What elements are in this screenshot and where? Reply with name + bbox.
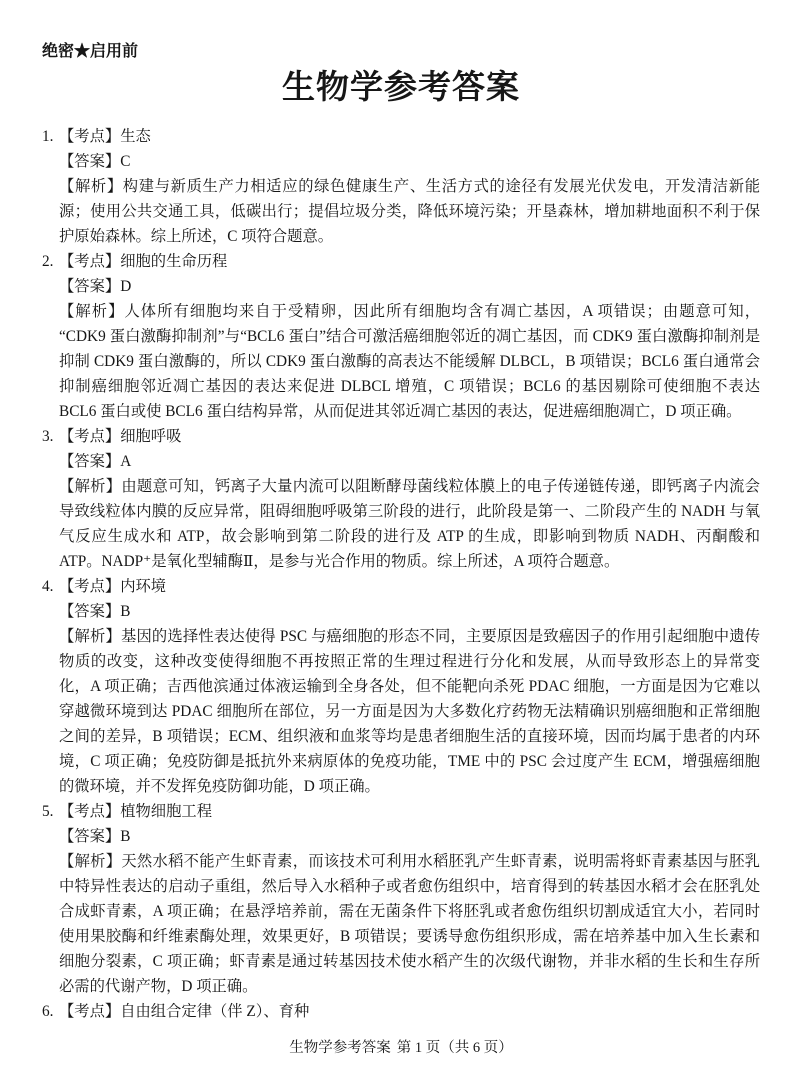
topic-text: 植物细胞工程 [120,803,212,820]
analysis-paragraph: 【解析】由题意可知，钙离子大量内流可以阻断酵母菌线粒体膜上的电子传递链传递，即钙… [59,474,760,574]
analysis-text: 人体所有细胞均来自于受精卵，因此所有细胞均含有凋亡基因，A 项错误；由题意可知，… [59,303,760,420]
topic-label: 【考点】 [59,128,120,145]
topic-label: 【考点】 [59,578,120,595]
item-number: 6. [42,999,59,1024]
answer-text: B [120,828,130,845]
classification-banner: 绝密★启用前 [42,42,760,62]
topic-line: 【考点】自由组合定律（伴 Z）、育种 [59,999,760,1024]
answer-label: 【答案】 [59,153,120,170]
answer-line: 【答案】B [59,824,760,849]
item-body: 【考点】生态 【答案】C 【解析】构建与新质生产力相适应的绿色健康生产、生活方式… [59,124,760,249]
analysis-label: 【解析】 [59,853,121,870]
analysis-paragraph: 【解析】天然水稻不能产生虾青素，而该技术可利用水稻胚乳产生虾青素，说明需将虾青素… [59,849,760,999]
answer-label: 【答案】 [59,603,120,620]
answer-text: B [120,603,130,620]
analysis-paragraph: 【解析】构建与新质生产力相适应的绿色健康生产、生活方式的途径有发展光伏发电，开发… [59,174,760,249]
analysis-paragraph: 【解析】人体所有细胞均来自于受精卵，因此所有细胞均含有凋亡基因，A 项错误；由题… [59,299,760,424]
analysis-label: 【解析】 [59,303,124,320]
answer-text: A [120,453,131,470]
answer-item-3: 3. 【考点】细胞呼吸 【答案】A 【解析】由题意可知，钙离子大量内流可以阻断酵… [42,424,760,574]
topic-line: 【考点】内环境 [59,574,760,599]
document-page: 绝密★启用前 生物学参考答案 1. 【考点】生态 【答案】C 【解析】构建与新质… [0,0,800,1067]
analysis-text: 天然水稻不能产生虾青素，而该技术可利用水稻胚乳产生虾青素，说明需将虾青素基因与胚… [59,853,760,995]
answer-label: 【答案】 [59,453,120,470]
item-number: 3. [42,424,59,449]
topic-label: 【考点】 [59,253,120,270]
topic-line: 【考点】细胞呼吸 [59,424,760,449]
answer-line: 【答案】D [59,274,760,299]
analysis-text: 基因的选择性表达使得 PSC 与癌细胞的形态不同，主要原因是致癌因子的作用引起细… [59,628,760,795]
answer-item-2: 2. 【考点】细胞的生命历程 【答案】D 【解析】人体所有细胞均来自于受精卵，因… [42,249,760,424]
topic-text: 细胞的生命历程 [120,253,227,270]
page-title: 生物学参考答案 [42,68,760,108]
item-number: 1. [42,124,59,149]
answers-list: 1. 【考点】生态 【答案】C 【解析】构建与新质生产力相适应的绿色健康生产、生… [42,124,760,1024]
analysis-label: 【解析】 [59,628,121,645]
analysis-text: 构建与新质生产力相适应的绿色健康生产、生活方式的途径有发展光伏发电，开发清洁新能… [59,178,760,245]
analysis-label: 【解析】 [59,178,123,195]
answer-line: 【答案】A [59,449,760,474]
topic-line: 【考点】植物细胞工程 [59,799,760,824]
answer-item-4: 4. 【考点】内环境 【答案】B 【解析】基因的选择性表达使得 PSC 与癌细胞… [42,574,760,799]
answer-text: D [120,278,131,295]
topic-text: 生态 [120,128,151,145]
item-body: 【考点】植物细胞工程 【答案】B 【解析】天然水稻不能产生虾青素，而该技术可利用… [59,799,760,999]
topic-label: 【考点】 [59,1003,120,1020]
answer-text: C [120,153,130,170]
topic-line: 【考点】生态 [59,124,760,149]
topic-label: 【考点】 [59,428,120,445]
answer-label: 【答案】 [59,278,120,295]
topic-text: 内环境 [120,578,166,595]
analysis-text: 由题意可知，钙离子大量内流可以阻断酵母菌线粒体膜上的电子传递链传递，即钙离子内流… [59,478,760,570]
footer-doc-name: 生物学参考答案 [286,1040,394,1056]
footer-page-indicator: 第 1 页（共 6 页） [394,1040,516,1056]
answer-line: 【答案】B [59,599,760,624]
topic-label: 【考点】 [59,803,120,820]
item-body: 【考点】内环境 【答案】B 【解析】基因的选择性表达使得 PSC 与癌细胞的形态… [59,574,760,799]
item-number: 5. [42,799,59,824]
topic-line: 【考点】细胞的生命历程 [59,249,760,274]
answer-item-1: 1. 【考点】生态 【答案】C 【解析】构建与新质生产力相适应的绿色健康生产、生… [42,124,760,249]
topic-text: 自由组合定律（伴 Z）、育种 [120,1003,309,1020]
answer-line: 【答案】C [59,149,760,174]
topic-text: 细胞呼吸 [120,428,181,445]
item-number: 4. [42,574,59,599]
analysis-label: 【解析】 [59,478,121,495]
item-body: 【考点】自由组合定律（伴 Z）、育种 [59,999,760,1024]
answer-label: 【答案】 [59,828,120,845]
analysis-paragraph: 【解析】基因的选择性表达使得 PSC 与癌细胞的形态不同，主要原因是致癌因子的作… [59,624,760,799]
item-number: 2. [42,249,59,274]
item-body: 【考点】细胞的生命历程 【答案】D 【解析】人体所有细胞均来自于受精卵，因此所有… [59,249,760,424]
answer-item-6: 6. 【考点】自由组合定律（伴 Z）、育种 [42,999,760,1024]
page-footer: 生物学参考答案第 1 页（共 6 页） [42,1038,760,1058]
answer-item-5: 5. 【考点】植物细胞工程 【答案】B 【解析】天然水稻不能产生虾青素，而该技术… [42,799,760,999]
item-body: 【考点】细胞呼吸 【答案】A 【解析】由题意可知，钙离子大量内流可以阻断酵母菌线… [59,424,760,574]
